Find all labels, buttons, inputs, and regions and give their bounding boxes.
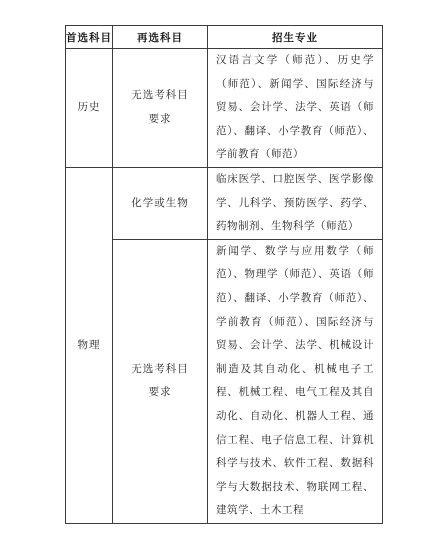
reselect-requirement-line2: 要求 — [113, 108, 207, 132]
table-row-physics-no-requirement: 无选考科目 要求 新闻学、数学与应用数学（师范）、物理学（师范）、英语（师范）、… — [66, 239, 383, 523]
cell-reselect-chemistry-or-biology: 化学或生物 — [113, 167, 208, 239]
cell-majors-physics-no-requirement: 新闻学、数学与应用数学（师范）、物理学（师范）、英语（师范）、翻译、小学教育（师… — [208, 239, 383, 523]
header-reselect-subject: 再选科目 — [113, 26, 208, 49]
cell-reselect-no-requirement-physics: 无选考科目 要求 — [113, 239, 208, 523]
table-row-history: 历史 无选考科目 要求 汉语言文学（师范）、历史学（师范）、新闻学、国际经济与贸… — [66, 49, 383, 168]
admission-subject-requirements-table: 首选科目 再选科目 招生专业 历史 无选考科目 要求 汉语言文学（师范）、历史学… — [65, 25, 383, 524]
header-row: 首选科目 再选科目 招生专业 — [66, 26, 383, 49]
cell-majors-physics-chembio: 临床医学、口腔医学、医学影像学、儿科学、预防医学、药学、药物制剂、生物科学（师范… — [208, 167, 383, 239]
cell-majors-history: 汉语言文学（师范）、历史学（师范）、新闻学、国际经济与贸易、会计学、法学、英语（… — [208, 49, 383, 168]
table-row-physics-chembio: 物理 化学或生物 临床医学、口腔医学、医学影像学、儿科学、预防医学、药学、药物制… — [66, 167, 383, 239]
cell-first-subject-physics: 物理 — [66, 167, 113, 523]
reselect-requirement-line1: 无选考科目 — [113, 358, 207, 382]
header-first-subject: 首选科目 — [66, 26, 113, 49]
cell-reselect-no-requirement-history: 无选考科目 要求 — [113, 49, 208, 168]
header-enrollment-majors: 招生专业 — [208, 26, 383, 49]
reselect-requirement-line1: 无选考科目 — [113, 84, 207, 108]
reselect-requirement-line2: 要求 — [113, 381, 207, 405]
cell-first-subject-history: 历史 — [66, 49, 113, 168]
